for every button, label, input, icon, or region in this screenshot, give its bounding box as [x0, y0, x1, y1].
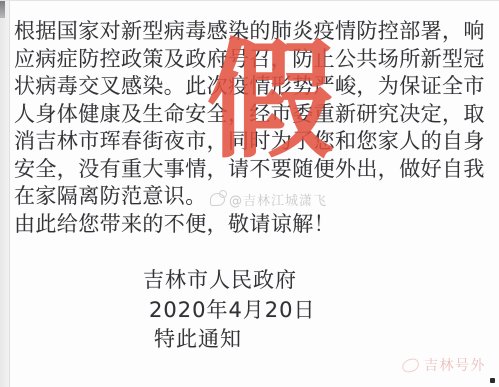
outlet-watermark: 吉林号外 — [402, 355, 486, 375]
weibo-camera-logo-icon — [210, 193, 225, 206]
signature-date: 2020年4月20日 — [149, 296, 316, 326]
notice-line: 由此给您带来的不便，敬请谅解！ — [14, 211, 492, 239]
notice-line: 人身体健康及生命安全，经市委重新研究决定，取 — [14, 101, 492, 129]
notice-line: 根据国家对新型病毒感染的肺炎疫情防控部署，响 — [14, 18, 492, 46]
photo-left-edge — [0, 1, 10, 387]
notice-line: 应病症防控政策及政府号召，防止公共场所新型冠 — [14, 46, 492, 74]
ink-dot — [490, 378, 495, 383]
outlet-watermark-text: 吉林号外 — [424, 355, 486, 375]
outlet-logo-icon — [401, 357, 420, 373]
signature-issuer: 吉林市人民政府 — [143, 266, 316, 296]
uploader-watermark-text: @吉林江城潇飞 — [229, 190, 327, 209]
notice-line: 状病毒交叉感染。此次疫情形势严峻，为保证全市 — [14, 73, 492, 101]
notice-line: 消吉林市珲春街夜市，同时为了您和您家人的自身 — [14, 128, 492, 156]
signature-closing: 特此通知 — [154, 325, 316, 355]
uploader-watermark: @吉林江城潇飞 — [210, 190, 327, 209]
notice-line: 安全，没有重大事情，请不要随便外出，做好自我 — [14, 156, 492, 184]
photo-corner-smudge — [0, 1, 5, 18]
notice-photo: 根据国家对新型病毒感染的肺炎疫情防控部署，响 应病症防控政策及政府号召，防止公共… — [0, 0, 499, 387]
notice-signature: 吉林市人民政府 2020年4月20日 特此通知 — [143, 266, 316, 355]
